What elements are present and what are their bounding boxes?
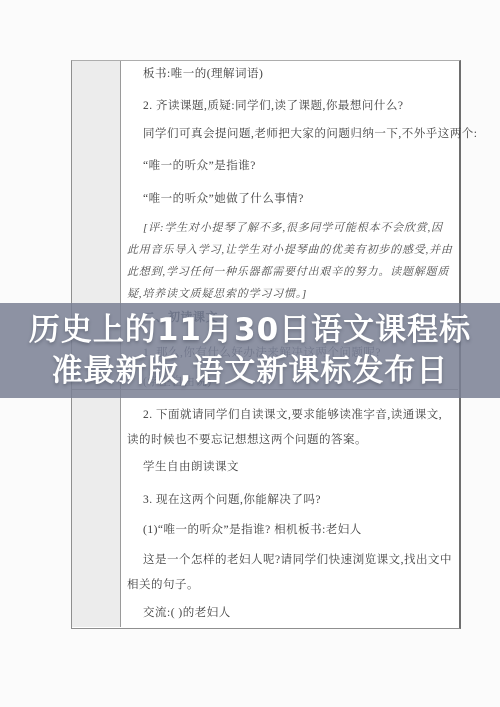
paragraph-jiaoliu: 交流:( )的老妇人 — [127, 601, 454, 626]
headline-title-line2: 准最新版,语文新课标发布日 — [52, 351, 449, 392]
paragraph-question-2: “唯一的听众”她做了什么事情? — [127, 187, 454, 212]
paragraph-qidu-keti: 2. 齐读课题,质疑:同学们,读了课题,你最想问什么? — [127, 94, 454, 119]
paragraph-zenyang-laofuren: 这是一个怎样的老妇人呢?请同学们快速浏览课文,找出文中相关的句子。 — [127, 548, 454, 598]
paragraph-zidu-kewen: 2. 下面就请同学们自读课文,要求能够读准字音,读通课文,读的时候也不要忘记想想… — [127, 403, 454, 453]
paragraph-ziyou-langdu: 学生自由朗读课文 — [127, 455, 454, 480]
headline-title-line1: 历史上的11月30日语文课程标 — [29, 310, 471, 351]
paragraph-xiangji-banshu: (1)“唯一的听众”是指谁? 相机板书:老妇人 — [127, 518, 454, 543]
paragraph-guina-wenti: 同学们可真会提问题,老师把大家的问题归纳一下,不外乎这两个: — [127, 122, 454, 147]
headline-title: 历史上的11月30日语文课程标 准最新版,语文新课标发布日 — [0, 303, 500, 398]
scanned-lesson-plan-page: 板书:唯一的(理解词语) 2. 齐读课题,质疑:同学们,读了课题,你最想问什么?… — [0, 0, 500, 707]
paragraph-question-1: “唯一的听众”是指谁? — [127, 154, 454, 179]
paragraph-banshu: 板书:唯一的(理解词语) — [127, 62, 454, 87]
paragraph-jiejue-wenti: 3. 现在这两个问题,你能解决了吗? — [127, 488, 454, 513]
paragraph-teacher-comment: [评:学生对小提琴了解不多,很多同学可能根本不会欣赏,因此用音乐导入学习,让学生… — [127, 217, 454, 305]
